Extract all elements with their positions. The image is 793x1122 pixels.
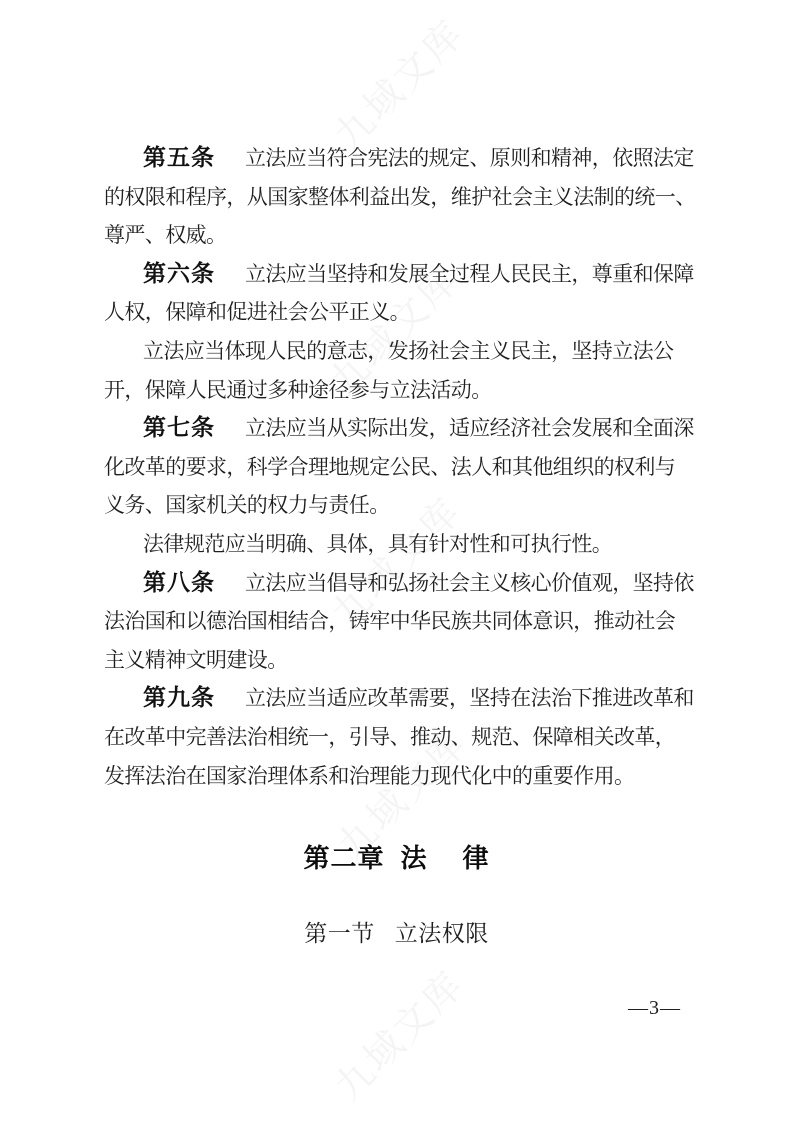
document-page: 九域文库 九域文库 九域文库 九域文库 九域文库 第五条立法应当符合宪法的规定、… [0, 0, 793, 1122]
chapter-number: 第二章 [303, 844, 384, 874]
article-number: 第七条 [143, 415, 215, 441]
text-line: 第九条立法应当适应改革需要，坚持在法治下推进改革和 [104, 679, 704, 718]
text-line: 法律规范应当明确、具体，具有针对性和可执行性。 [104, 525, 704, 564]
watermark-text: 九域文库 [320, 5, 475, 160]
article-number: 第六条 [143, 261, 215, 287]
text-line: 在改革中完善法治相统一，引导、推动、规范、保障相关改革， [104, 718, 704, 757]
text-line: 第七条立法应当从实际出发，适应经济社会发展和全面深 [104, 409, 704, 448]
chapter-title-word: 律 [463, 844, 490, 874]
article-number: 第八条 [143, 570, 215, 596]
article-body: 第五条立法应当符合宪法的规定、原则和精神，依照法定的权限和程序，从国家整体利益出… [104, 139, 704, 795]
article-number: 第五条 [143, 145, 215, 171]
text-line: 法治国和以德治国相结合，铸牢中华民族共同体意识，推动社会 [104, 602, 704, 641]
text-line: 化改革的要求，科学合理地规定公民、法人和其他组织的权利与 [104, 448, 704, 487]
section-number: 第一节 [304, 921, 375, 946]
text-line: 尊严、权威。 [104, 216, 704, 255]
page-number: —3— [628, 997, 681, 1020]
text-line: 第五条立法应当符合宪法的规定、原则和精神，依照法定 [104, 139, 704, 178]
text-line: 开，保障人民通过多种途径参与立法活动。 [104, 371, 704, 410]
article-number: 第九条 [143, 685, 215, 711]
text-line: 第八条立法应当倡导和弘扬社会主义核心价值观，坚持依 [104, 564, 704, 603]
section-heading: 第一节立法权限 [0, 915, 793, 948]
text-line: 人权，保障和促进社会公平正义。 [104, 293, 704, 332]
chapter-title-word: 法 [400, 844, 427, 874]
text-line: 发挥法治在国家治理体系和治理能力现代化中的重要作用。 [104, 757, 704, 796]
text-line: 立法应当体现人民的意志，发扬社会主义民主，坚持立法公 [104, 332, 704, 371]
watermark-text: 九域文库 [320, 956, 475, 1111]
text-line: 义务、国家机关的权力与责任。 [104, 486, 704, 525]
chapter-heading: 第二章法律 [0, 838, 793, 875]
text-line: 的权限和程序，从国家整体利益出发，维护社会主义法制的统一、 [104, 178, 704, 217]
section-title: 立法权限 [395, 921, 489, 946]
text-line: 第六条立法应当坚持和发展全过程人民民主，尊重和保障 [104, 255, 704, 294]
text-line: 主义精神文明建设。 [104, 641, 704, 680]
